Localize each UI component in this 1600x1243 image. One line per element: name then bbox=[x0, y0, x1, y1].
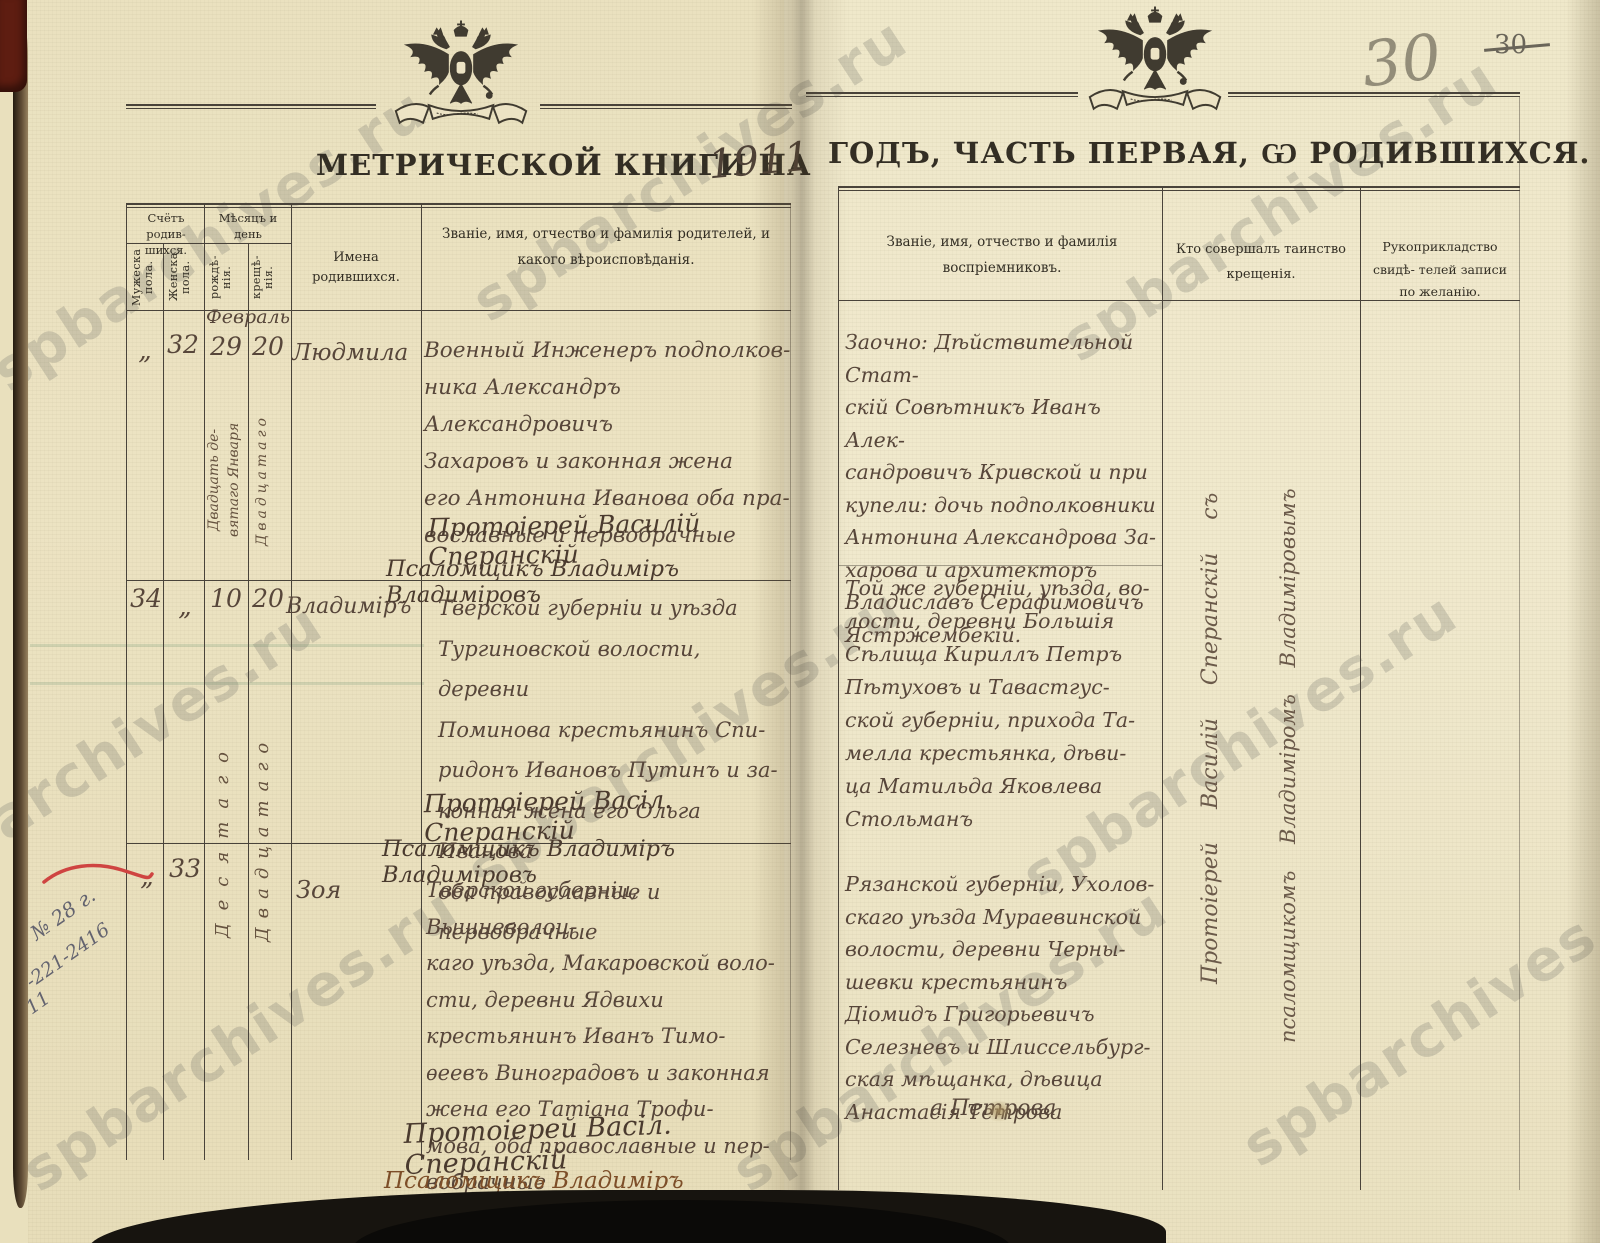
header-birth-day: рождѣ- нія. bbox=[209, 247, 245, 307]
entry1-baptism-day: 20 bbox=[248, 332, 288, 361]
table-line bbox=[204, 203, 205, 1160]
entry1-birth-day-words: Двадцать де- bbox=[206, 372, 222, 587]
header-witnesses: Рукоприкладство свидѣ- телей записи по ж… bbox=[1366, 236, 1514, 304]
table-line bbox=[421, 203, 422, 1160]
entry3-female-number: 33 bbox=[164, 854, 206, 883]
paper-stain bbox=[985, 1100, 1013, 1122]
entry1-female-number: 32 bbox=[163, 330, 203, 359]
header-officiant: Кто совершалъ таинство крещенія. bbox=[1168, 238, 1354, 287]
decorative-rule bbox=[540, 108, 792, 109]
right-page-title: ГОДЪ, ЧАСТЬ ПЕРВАЯ, Ѡ РОДИВШИХСЯ. bbox=[828, 136, 1403, 171]
decorative-rule bbox=[126, 108, 376, 109]
entry1-birth-day: 29 bbox=[206, 332, 246, 361]
entry1-male-number: „ bbox=[128, 336, 162, 366]
officiant-vertical-line1: Протоіерей Василій Сперанскій съ bbox=[1198, 342, 1223, 1134]
entry1-month: Февраль bbox=[204, 306, 292, 328]
table-line bbox=[248, 243, 249, 1160]
book-spine-corner bbox=[0, 0, 27, 92]
table-line bbox=[838, 190, 1520, 191]
handwritten-page-number: 30 bbox=[1358, 19, 1445, 101]
handwritten-year: 1911 bbox=[706, 134, 811, 189]
table-line bbox=[838, 186, 1520, 188]
book-spine-edge bbox=[13, 18, 28, 1208]
table-line bbox=[126, 203, 127, 1160]
double-headed-eagle-emblem bbox=[1082, 2, 1228, 122]
header-baptism-day: крещѣ- нія. bbox=[251, 247, 287, 307]
officiant-vertical-line2: псаломщикомъ Владиміромъ Владиміровымъ bbox=[1276, 340, 1300, 1192]
table-line bbox=[838, 186, 839, 1190]
header-month-day: Мѣсяцъ и день bbox=[205, 210, 291, 242]
entry2-birth-day-words: Десятаго bbox=[212, 618, 233, 1058]
entry1-child-name: Людмила bbox=[292, 340, 420, 366]
entry1-birth-day-words: вятаго Января bbox=[226, 366, 242, 594]
entry2-female-number: „ bbox=[168, 592, 202, 622]
header-male-count: Мужеска пола. bbox=[131, 247, 161, 307]
entry2-godparents: Той же губерніи, уѣзда, во- лости, дерев… bbox=[845, 572, 1163, 836]
table-line bbox=[163, 243, 164, 1160]
red-check-mark bbox=[38, 856, 158, 892]
header-names: Имена родившихся. bbox=[294, 248, 418, 287]
header-female-count: Женска пола. bbox=[168, 247, 200, 307]
entry3-child-name: Зоя bbox=[296, 876, 386, 904]
decorative-rule bbox=[806, 92, 1078, 94]
entry2-male-number: 34 bbox=[126, 584, 166, 613]
left-page-title: МЕТРИЧЕСКОЙ КНИГИ НА bbox=[316, 148, 702, 182]
entry2-birth-day: 10 bbox=[206, 584, 246, 613]
header-parents: Званіе, имя, отчество и фамилія родителе… bbox=[425, 222, 787, 273]
table-line bbox=[126, 207, 791, 208]
table-line bbox=[1519, 97, 1520, 1190]
entry2-child-name: Владиміръ bbox=[286, 594, 422, 619]
entry3-godparents: Рязанской губерніи, Ухолов- скаго уѣзда … bbox=[845, 868, 1167, 1128]
entry3-godparents-correction: а Петрова bbox=[930, 1096, 1150, 1121]
entry1-baptism-day-words: Двадцатаго bbox=[254, 376, 270, 584]
double-headed-eagle-emblem bbox=[388, 16, 534, 136]
decorative-rule bbox=[806, 96, 1078, 97]
metrical-book-scan: spbarchives.ru spbarchives.ru spbarchive… bbox=[0, 0, 1600, 1243]
entry2-baptism-day-words: Двадцатаго bbox=[252, 604, 273, 1072]
header-godparents: Званіе, имя, отчество и фамилія воспріем… bbox=[848, 230, 1156, 281]
table-line bbox=[1360, 186, 1361, 1190]
table-line bbox=[126, 203, 791, 205]
decorative-rule bbox=[126, 104, 376, 106]
decorative-rule bbox=[540, 104, 792, 106]
